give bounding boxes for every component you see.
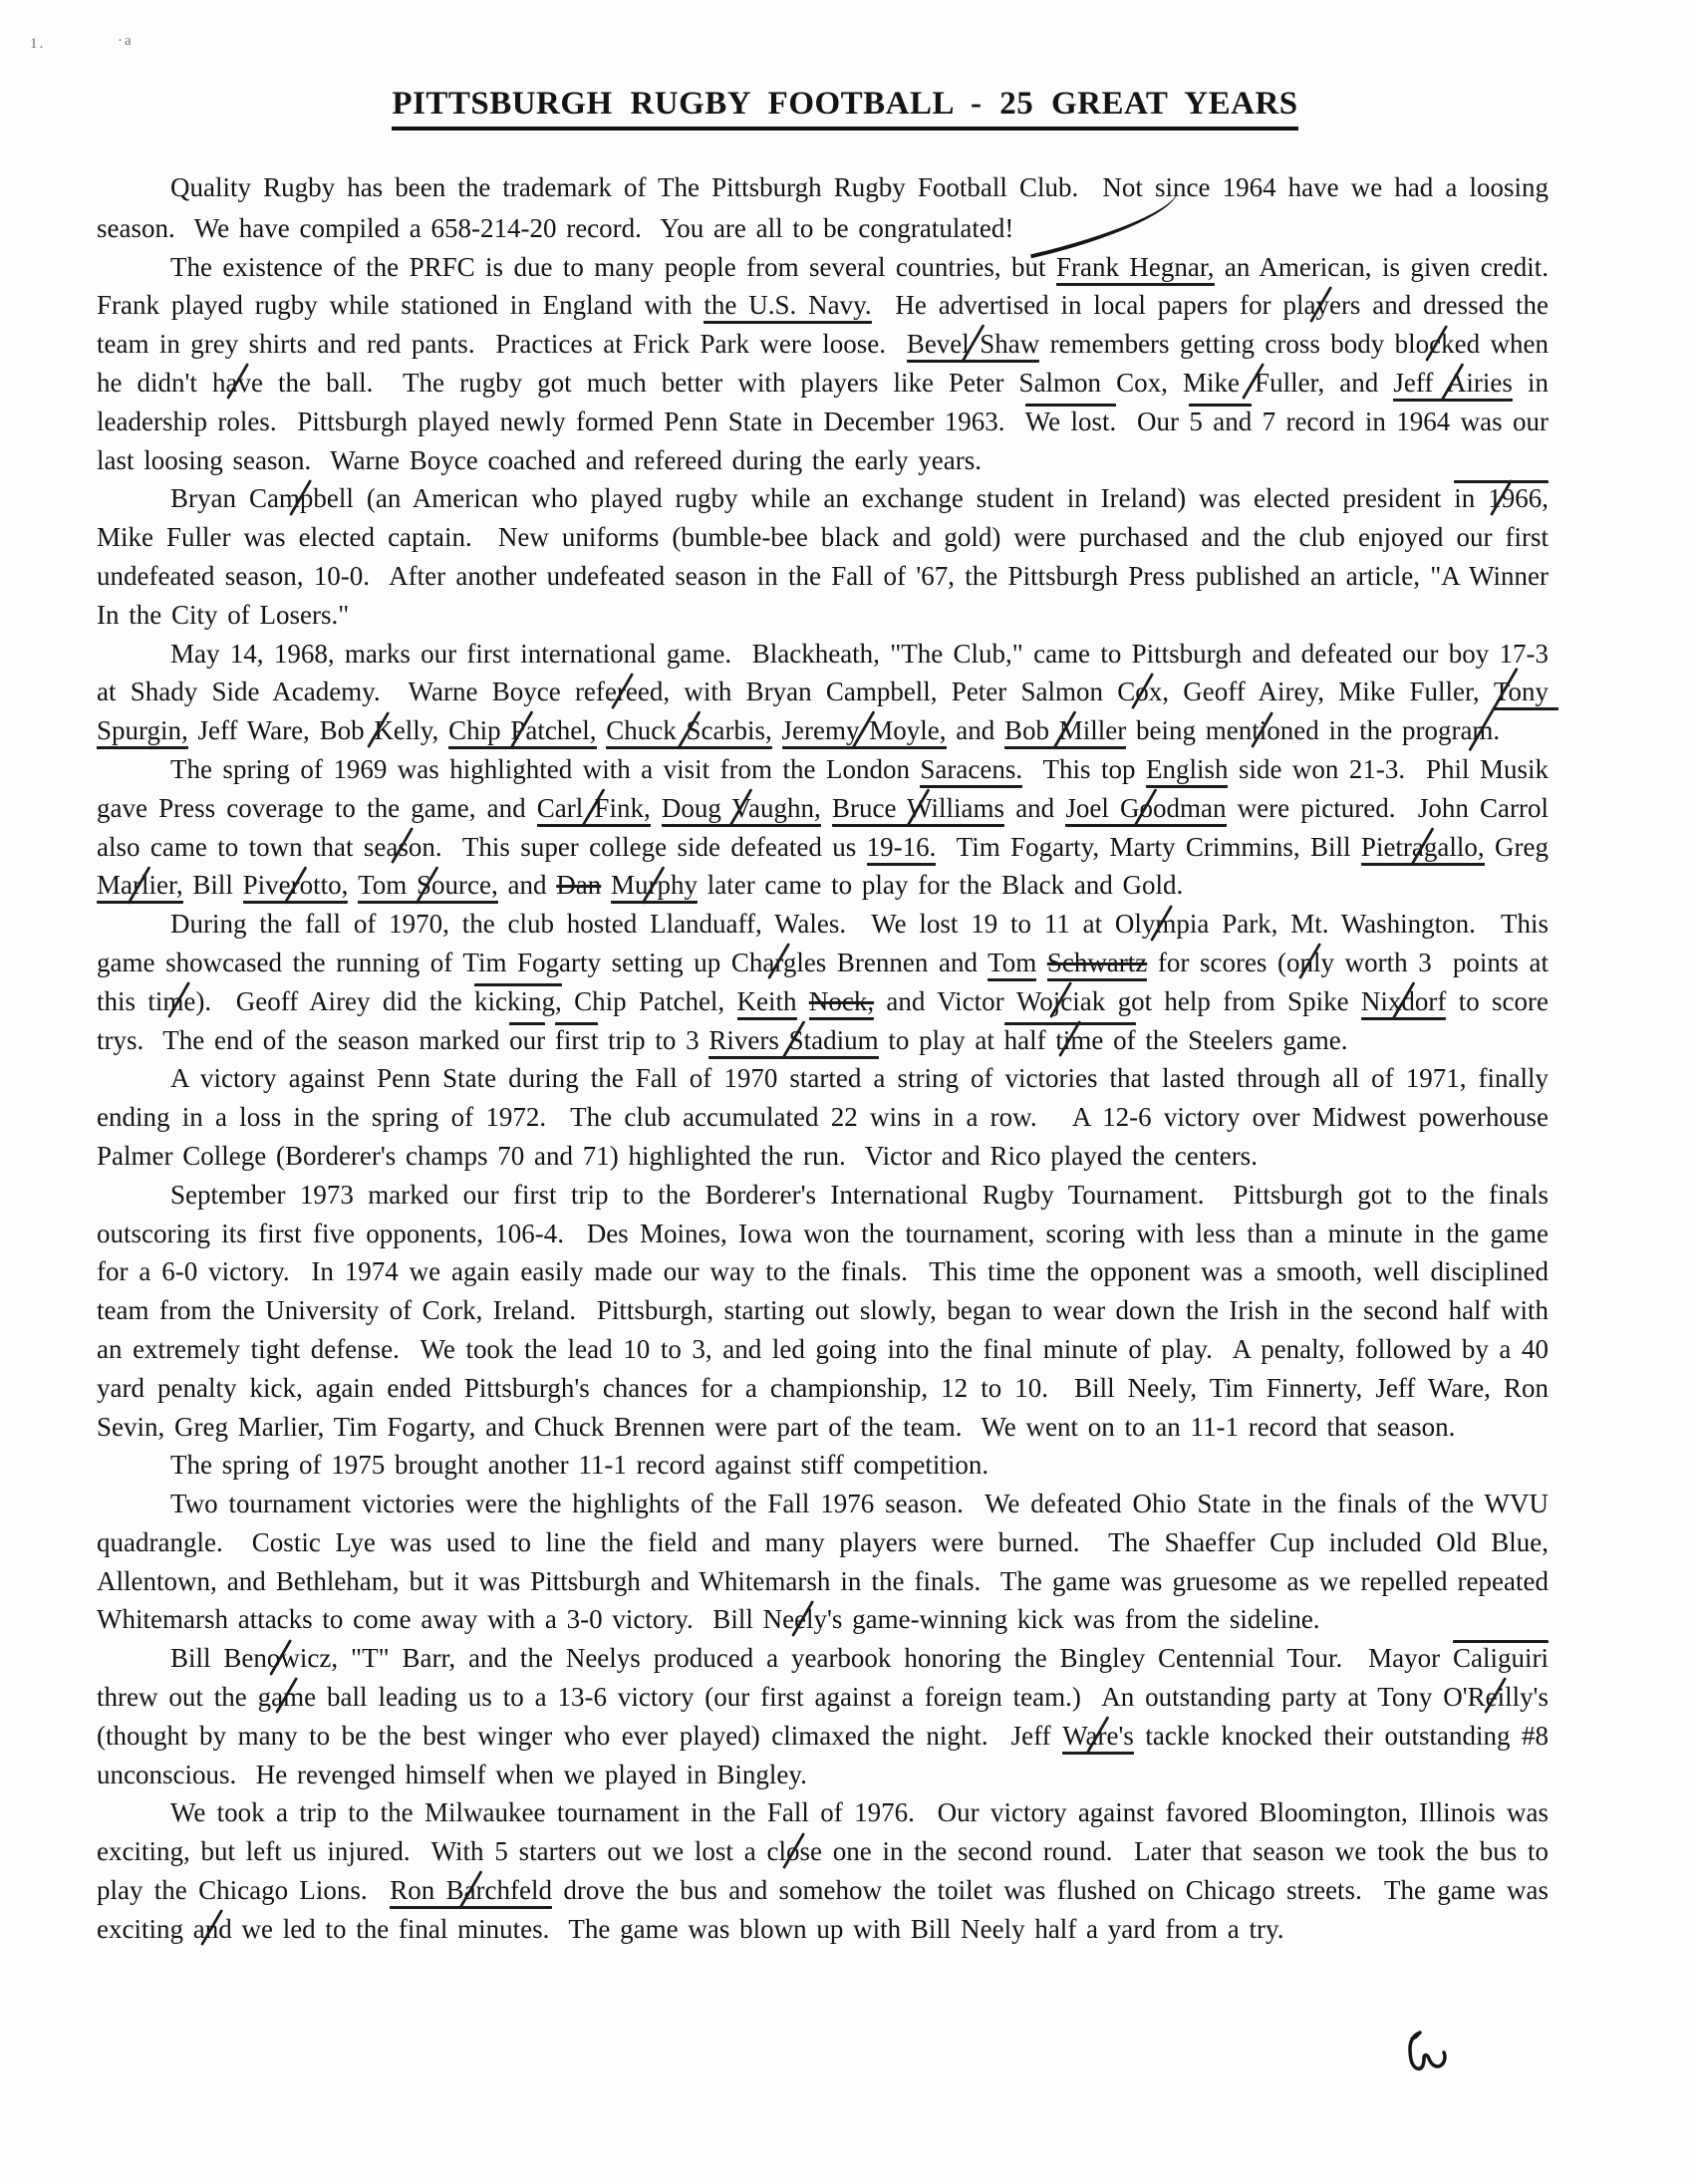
paragraph: A victory against Penn State during the … (97, 1059, 1549, 1175)
hand-annotated-text: Neely's (763, 1604, 843, 1634)
hand-annotated-text: Caliguiri (1453, 1640, 1549, 1673)
hand-annotated-text: Ware's (1062, 1721, 1134, 1755)
hand-annotated-text: Rivers Stadium (708, 1025, 878, 1059)
hand-annotated-text: blocked (1395, 329, 1480, 359)
document-body: Quality Rugby has been the trademark of … (97, 168, 1549, 1949)
page-title: PITTSBURGH RUGBY FOOTBALL - 25 GREAT YEA… (0, 0, 1690, 123)
scanned-document-page: 1. ·a PITTSBURGH RUGBY FOOTBALL - 25 GRE… (0, 0, 1690, 2184)
hand-annotated-text: mentioned (1206, 715, 1319, 745)
hand-annotated-text: Chargles (731, 948, 827, 977)
hand-annotated-text: season. (364, 832, 442, 862)
hand-annotated-text: Olympia (1115, 909, 1210, 939)
hand-annotated-text: Doug Vaughn, (662, 793, 821, 827)
hand-annotated-text: Mike Fuller, (1183, 368, 1324, 398)
page-title-text: PITTSBURGH RUGBY FOOTBALL - 25 GREAT YEA… (392, 86, 1297, 131)
handwritten-scribble-mark (1400, 2029, 1462, 2086)
hand-annotated-text: kicking, (474, 983, 562, 1016)
hand-annotated-text: We lost. (1025, 404, 1116, 436)
hand-annotated-text: 19-16. (867, 832, 937, 866)
paragraph: September 1973 marked our first trip to … (97, 1176, 1549, 1447)
hand-annotated-text: players (1282, 290, 1360, 320)
hand-annotated-text: in 1966, (1454, 480, 1549, 513)
hand-annotated-text: refereed, (575, 677, 670, 706)
hand-annotated-text: Bevel Shaw (907, 329, 1039, 363)
hand-annotated-text: Pietragallo, (1361, 832, 1485, 866)
paragraph: The spring of 1969 was highlighted with … (97, 750, 1549, 905)
paragraph: During the fall of 1970, the club hosted… (97, 905, 1549, 1059)
hand-annotated-text: Wojciak (1016, 986, 1105, 1016)
hand-annotated-text: Carl Fink, (537, 793, 651, 827)
hand-annotated-text: Chuck Scarbis, (606, 715, 771, 749)
paragraph: The spring of 1975 brought another 11-1 … (97, 1446, 1549, 1485)
hand-annotated-text: Dan (556, 870, 601, 900)
paragraph: Bill Benowicz, "T" Barr, and the Neelys … (97, 1639, 1549, 1793)
hand-annotated-text: Cox, (1117, 677, 1169, 706)
hand-annotated-text: Campbell (249, 483, 354, 513)
scan-artifact: ·a (118, 33, 134, 50)
hand-annotated-text: half time of (1004, 1022, 1136, 1055)
hand-annotated-text: Bob Miller (1004, 715, 1126, 749)
hand-annotated-text: the U.S. Navy. (704, 290, 871, 324)
hand-annotated-text: have (212, 368, 263, 398)
hand-annotated-text: Ron Barchfeld (390, 1875, 552, 1909)
hand-annotated-text: Schwartz (1047, 948, 1147, 981)
hand-annotated-text: Murphy (611, 870, 698, 904)
hand-annotated-text: Bob Kelly, (320, 715, 439, 745)
hand-annotated-text: Saracens. (920, 754, 1022, 788)
hand-annotated-text: 5 and (1189, 404, 1252, 436)
hand-annotated-text: Nock, (809, 986, 874, 1020)
hand-annotated-text: Keith (737, 986, 797, 1020)
hand-annotated-text: close (766, 1836, 821, 1866)
hand-annotated-text: Marlier, (97, 870, 183, 904)
hand-annotated-text: Tom Source, (358, 870, 498, 904)
hand-annotated-text: our (509, 1022, 545, 1055)
hand-annotated-text: O'Reilly's (1443, 1682, 1549, 1712)
hand-annotated-text: Jeremy Moyle, (782, 715, 947, 749)
hand-annotated-text: Frank Hegnar, (1056, 252, 1215, 286)
hand-annotated-text: first (555, 1022, 599, 1055)
hand-annotated-text: Benowicz, (223, 1643, 338, 1673)
scan-artifact: 1. (30, 36, 45, 53)
hand-annotated-text: Chip Patchel, (448, 715, 596, 749)
hand-annotated-text: and (193, 1914, 232, 1944)
paragraph: May 14, 1968, marks our first internatio… (97, 635, 1549, 750)
hand-annotated-text: Piverotto, (243, 870, 349, 904)
hand-annotated-text: Joel Goodman (1065, 793, 1226, 827)
hand-annotated-text: English (1146, 754, 1229, 788)
hand-annotated-text: Nixdorf (1361, 986, 1446, 1020)
paragraph: We took a trip to the Milwaukee tourname… (97, 1793, 1549, 1948)
hand-annotated-text: Tom (987, 948, 1036, 981)
hand-annotated-text (1013, 213, 1183, 243)
hand-annotated-text: Bruce Williams (832, 793, 1004, 827)
hand-annotated-text: game (258, 1682, 316, 1712)
paragraph: Bryan Campbell (an American who played r… (97, 479, 1549, 634)
paragraph: Quality Rugby has been the trademark of … (97, 168, 1549, 248)
paragraph: Two tournament victories were the highli… (97, 1485, 1549, 1639)
hand-annotated-text: Jeff Airies (1393, 368, 1513, 402)
paragraph: The existence of the PRFC is due to many… (97, 248, 1549, 480)
hand-annotated-text: time). (147, 986, 211, 1016)
hand-annotated-text: only (1286, 948, 1334, 977)
